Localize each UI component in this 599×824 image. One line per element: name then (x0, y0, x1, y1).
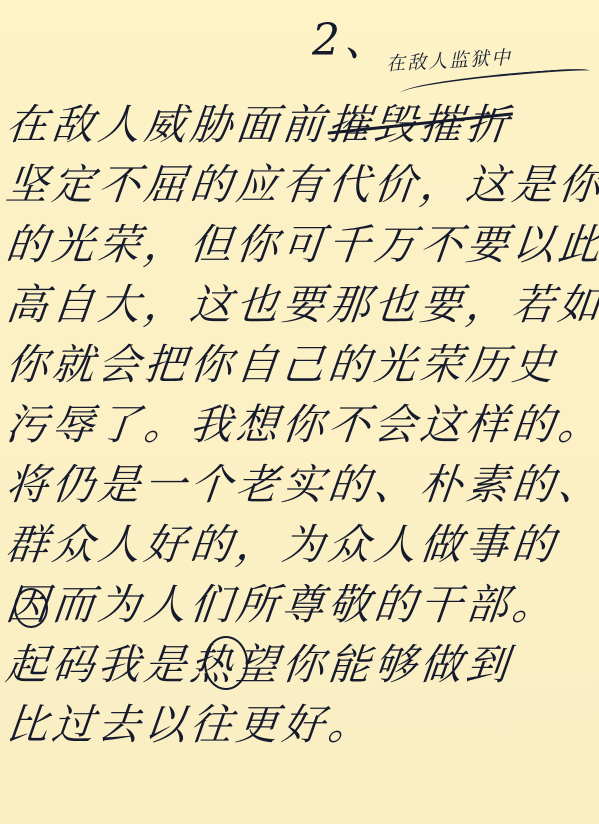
line-text: 因而为人们所尊敬的干部。 (4, 580, 561, 629)
line-text: 群众人好的，为众人做事的 (4, 520, 561, 569)
struck-out-text: 摧毁摧折 (325, 96, 515, 154)
letter-line-8: 群众人好的，为众人做事的 (3, 516, 599, 576)
letter-line-2: 坚定不屈的应有代价，这是你 (3, 156, 599, 216)
line-text: 你就会把你自己的光荣历史 (4, 340, 561, 389)
line-text: 的光荣，但你可千万不要以此而自 (4, 220, 599, 269)
circled-correction-mark (14, 588, 48, 628)
line-text: 坚定不屈的应有代价，这是你 (4, 160, 599, 209)
line-text: 起码我是热望你能够做到 (4, 640, 515, 689)
insertion-annotation: 在敌人监狱中 (385, 43, 512, 77)
letter-line-7: 将仍是一个老实的、朴素的、对 (3, 456, 599, 516)
letter-line-9: 因而为人们所尊敬的干部。 (3, 576, 599, 636)
letter-line-4: 高自大，这也要那也要，若如此， (3, 276, 599, 336)
circled-correction-mark (204, 636, 248, 690)
line-text: 污辱了。我想你不会这样的。你 (4, 400, 599, 449)
line-text: 高自大，这也要那也要，若如此， (4, 280, 599, 329)
line-text: 比过去以往更好。 (4, 700, 377, 749)
letter-line-5: 你就会把你自己的光荣历史 (3, 336, 599, 396)
page-number: 2、 (312, 4, 392, 68)
letter-line-3: 的光荣，但你可千万不要以此而自 (3, 216, 599, 276)
letter-line-6: 污辱了。我想你不会这样的。你 (3, 396, 599, 456)
letter-line-10: 起码我是热望你能够做到 (3, 636, 599, 696)
line-text: 在敌人威胁面前 (4, 100, 331, 149)
line-text: 将仍是一个老实的、朴素的、对 (4, 460, 599, 509)
letter-page: 2、 在敌人监狱中 在敌人威胁面前摧毁摧折 坚定不屈的应有代价，这是你 的光荣，… (0, 0, 599, 824)
letter-body: 在敌人威胁面前摧毁摧折 坚定不屈的应有代价，这是你 的光荣，但你可千万不要以此而… (6, 96, 596, 756)
letter-line-11: 比过去以往更好。 (3, 696, 599, 756)
letter-line-1: 在敌人威胁面前摧毁摧折 (3, 96, 599, 156)
